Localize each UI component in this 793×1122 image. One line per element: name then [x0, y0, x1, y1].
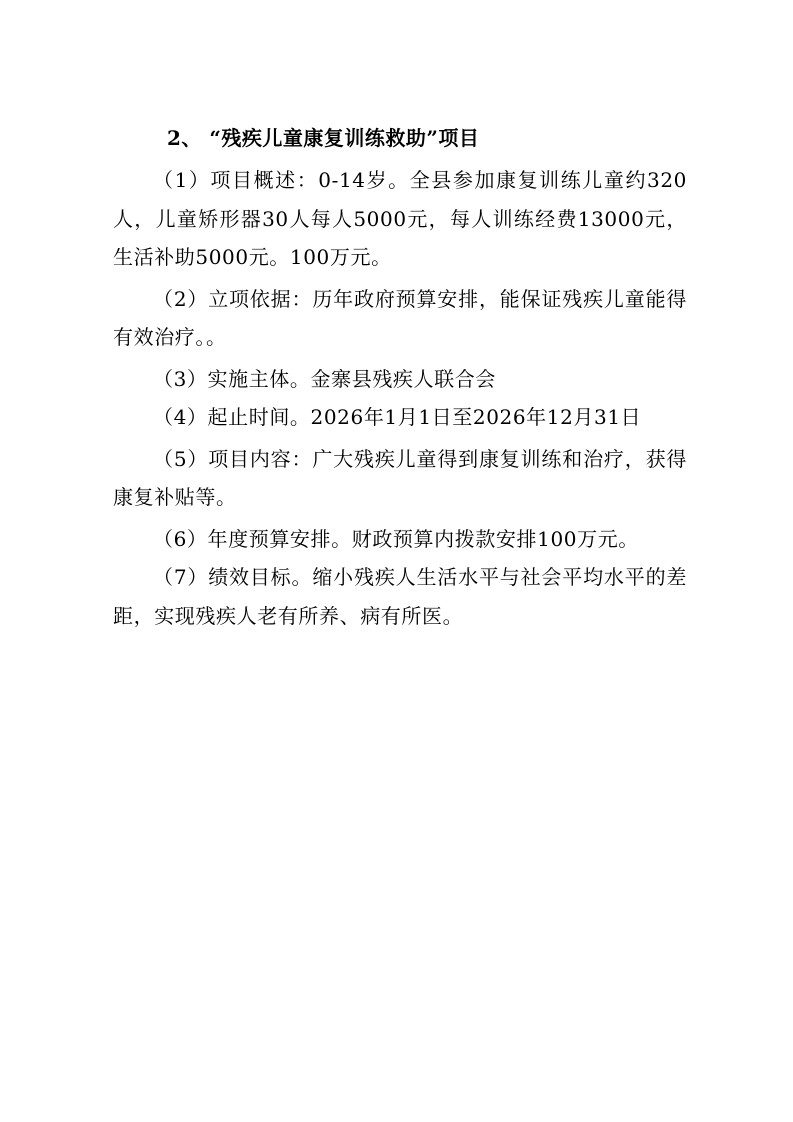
- document-body: 2、 “残疾儿童康复训练救助”项目 （1）项目概述：0-14岁。全县参加康复训练…: [113, 118, 687, 635]
- paragraph-implementer: （3）实施主体。金寨县残疾人联合会: [113, 360, 687, 399]
- paragraph-timeframe: （4）起止时间。2026年1月1日至2026年12月31日: [113, 398, 687, 437]
- document-page: 2、 “残疾儿童康复训练救助”项目 （1）项目概述：0-14岁。全县参加康复训练…: [0, 0, 793, 1122]
- paragraph-basis: （2）立项依据：历年政府预算安排，能保证残疾儿童能得有效治疗。。: [113, 280, 687, 357]
- section-heading: 2、 “残疾儿童康复训练救助”项目: [113, 118, 687, 158]
- paragraph-overview: （1）项目概述：0-14岁。全县参加康复训练儿童约320人，儿童矫形器30人每人…: [113, 161, 687, 277]
- paragraph-goals: （7）绩效目标。缩小残疾人生活水平与社会平均水平的差距，实现残疾人老有所养、病有…: [113, 558, 687, 635]
- paragraph-budget: （6）年度预算安排。财政预算内拨款安排100万元。: [113, 520, 687, 559]
- paragraph-content: （5）项目内容：广大残疾儿童得到康复训练和治疗，获得康复补贴等。: [113, 440, 687, 517]
